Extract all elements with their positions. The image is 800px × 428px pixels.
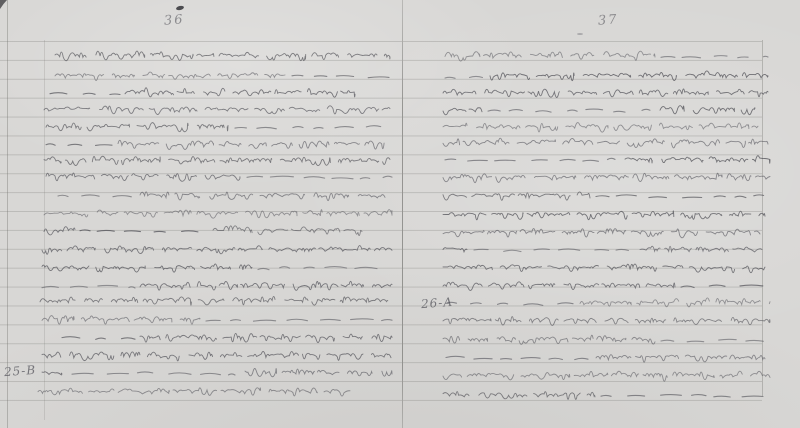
- handwritten-text-line: [44, 210, 392, 219]
- dash-filler: [601, 395, 763, 397]
- handwritten-text-line: [443, 211, 765, 220]
- handwriting-layer: [0, 0, 800, 428]
- handwritten-text-line: [44, 156, 390, 165]
- handwritten-text-line: [443, 282, 675, 291]
- dash-filler: [445, 76, 483, 78]
- handwritten-text-line: [55, 51, 390, 61]
- dash-filler: [206, 319, 392, 321]
- handwritten-text-line: [443, 138, 768, 148]
- dash-filler: [58, 195, 131, 197]
- handwritten-text-line: [443, 248, 467, 252]
- dash-filler: [80, 230, 198, 232]
- handwritten-text-line: [140, 192, 385, 201]
- dash-filler: [661, 339, 763, 341]
- page-36-handwriting: [38, 51, 392, 396]
- page-37-handwriting: [443, 51, 770, 399]
- dash-filler: [488, 109, 650, 112]
- handwritten-text-line: [44, 227, 75, 235]
- handwritten-text-line: [443, 317, 770, 326]
- handwritten-text-line: [42, 351, 391, 360]
- handwritten-text-line: [118, 140, 384, 149]
- dash-filler: [258, 267, 377, 270]
- handwritten-text-line: [443, 192, 590, 200]
- manuscript-scan: 36 37 25-B 26-A: [0, 0, 800, 428]
- handwritten-text-line: [443, 123, 758, 133]
- dash-filler: [62, 337, 135, 340]
- handwritten-text-line: [42, 316, 200, 325]
- dash-filler: [474, 249, 628, 252]
- dash-filler: [292, 75, 389, 77]
- handwritten-text-line: [44, 106, 390, 115]
- handwritten-text-line: [40, 296, 388, 305]
- dash-filler: [235, 126, 381, 129]
- dash-filler: [50, 93, 120, 95]
- handwritten-text-line: [42, 264, 252, 272]
- dash-filler: [72, 372, 235, 375]
- handwritten-text-line: [445, 51, 655, 61]
- dash-filler: [46, 144, 112, 146]
- dash-filler: [681, 285, 763, 287]
- dash-filler: [596, 195, 764, 198]
- handwritten-text-line: [125, 88, 355, 97]
- handwritten-text-line: [443, 229, 760, 238]
- handwritten-text-line: [580, 298, 770, 307]
- handwritten-text-line: [443, 173, 770, 182]
- handwritten-text-line: [443, 108, 482, 115]
- handwritten-text-line: [490, 71, 768, 81]
- handwritten-text-line: [140, 333, 392, 342]
- handwritten-text-line: [46, 173, 240, 181]
- handwritten-text-line: [443, 371, 770, 381]
- handwritten-text-line: [213, 226, 362, 236]
- handwritten-text-line: [245, 369, 392, 377]
- handwritten-text-line: [55, 72, 285, 80]
- handwritten-text-line: [660, 106, 755, 115]
- dash-filler: [446, 356, 588, 359]
- dash-filler: [247, 176, 392, 179]
- handwritten-text-line: [443, 335, 655, 344]
- dash-filler: [445, 158, 615, 161]
- dash-filler: [42, 285, 135, 288]
- handwritten-text-line: [443, 392, 595, 400]
- handwritten-text-line: [46, 123, 228, 132]
- handwritten-text-line: [625, 156, 770, 164]
- dash-filler: [661, 56, 768, 58]
- dash-filler: [447, 302, 573, 305]
- handwritten-text-line: [596, 355, 765, 362]
- handwritten-text-line: [42, 246, 392, 255]
- handwritten-text-line: [38, 388, 350, 396]
- handwritten-text-line: [640, 246, 762, 252]
- handwritten-text-line: [140, 281, 392, 290]
- handwritten-text-line: [443, 264, 765, 273]
- handwritten-text-line: [443, 89, 768, 98]
- handwritten-text-line: [42, 372, 62, 375]
